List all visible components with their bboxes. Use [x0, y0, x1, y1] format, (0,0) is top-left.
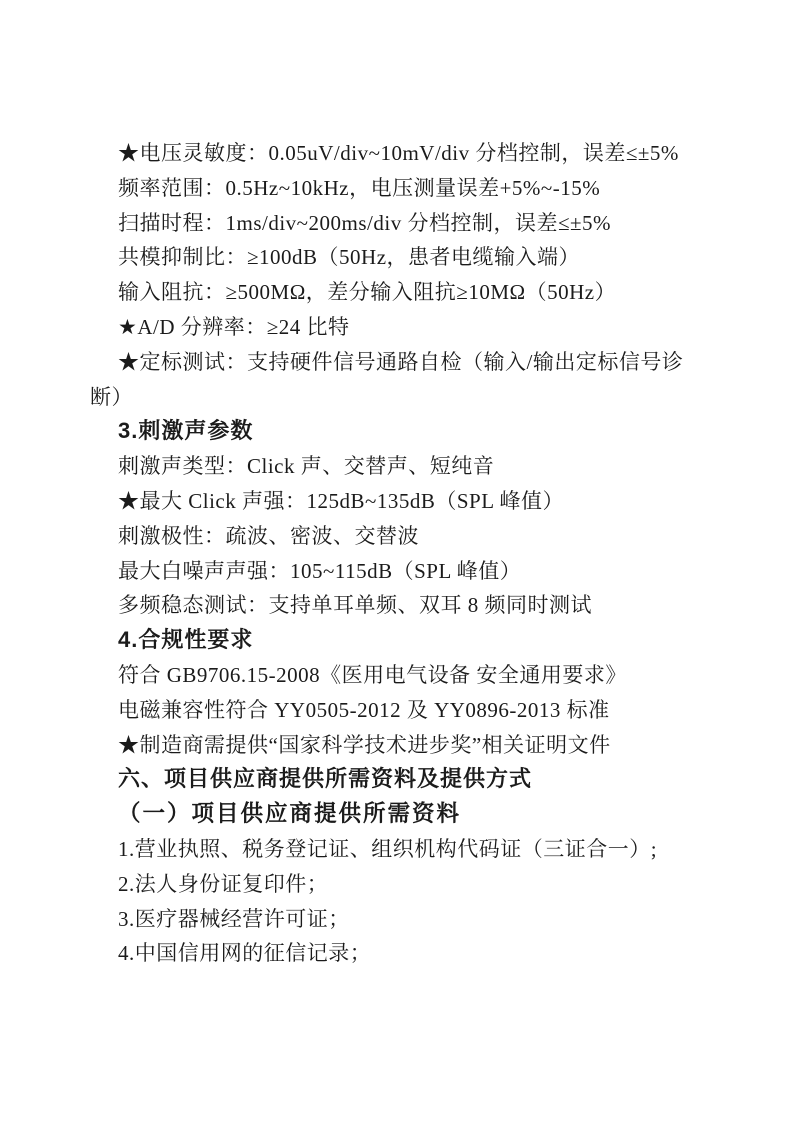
document-line: 1.营业执照、税务登记证、组织机构代码证（三证合一）;	[90, 832, 708, 867]
document-line: 最大白噪声声强：105~115dB（SPL 峰值）	[90, 554, 708, 589]
document-line: 4.中国信用网的征信记录；	[90, 936, 708, 971]
document-line: 3.医疗器械经营许可证；	[90, 902, 708, 937]
document-line: ★电压灵敏度：0.05uV/div~10mV/div 分档控制，误差≤±5%	[90, 136, 708, 171]
document-line: ★制造商需提供“国家科学技术进步奖”相关证明文件	[90, 728, 708, 763]
document-line: 2.法人身份证复印件；	[90, 867, 708, 902]
document-line: ★定标测试：支持硬件信号通路自检（输入/输出定标信号诊	[90, 345, 708, 380]
document-line: 共模抑制比：≥100dB（50Hz，患者电缆输入端）	[90, 240, 708, 275]
document-line: （一）项目供应商提供所需资料	[90, 797, 708, 832]
document-line: 4.合规性要求	[90, 623, 708, 658]
document-content: ★电压灵敏度：0.05uV/div~10mV/div 分档控制，误差≤±5%频率…	[90, 136, 708, 971]
document-line: 3.刺激声参数	[90, 414, 708, 449]
document-line: 频率范围：0.5Hz~10kHz，电压测量误差+5%~-15%	[90, 171, 708, 206]
document-line: 刺激极性：疏波、密波、交替波	[90, 519, 708, 554]
document-line: 多频稳态测试：支持单耳单频、双耳 8 频同时测试	[90, 588, 708, 623]
document-line: 输入阻抗：≥500MΩ，差分输入阻抗≥10MΩ（50Hz）	[90, 275, 708, 310]
document-line: 六、项目供应商提供所需资料及提供方式	[90, 762, 708, 797]
document-line: 符合 GB9706.15-2008《医用电气设备 安全通用要求》	[90, 658, 708, 693]
document-line: 刺激声类型：Click 声、交替声、短纯音	[90, 449, 708, 484]
document-page: ★电压灵敏度：0.05uV/div~10mV/div 分档控制，误差≤±5%频率…	[0, 0, 793, 1122]
document-line: ★最大 Click 声强：125dB~135dB（SPL 峰值）	[90, 484, 708, 519]
document-line: 断）	[90, 380, 708, 415]
document-line: 电磁兼容性符合 YY0505-2012 及 YY0896-2013 标准	[90, 693, 708, 728]
document-line: ★A/D 分辨率：≥24 比特	[90, 310, 708, 345]
document-line: 扫描时程：1ms/div~200ms/div 分档控制，误差≤±5%	[90, 206, 708, 241]
